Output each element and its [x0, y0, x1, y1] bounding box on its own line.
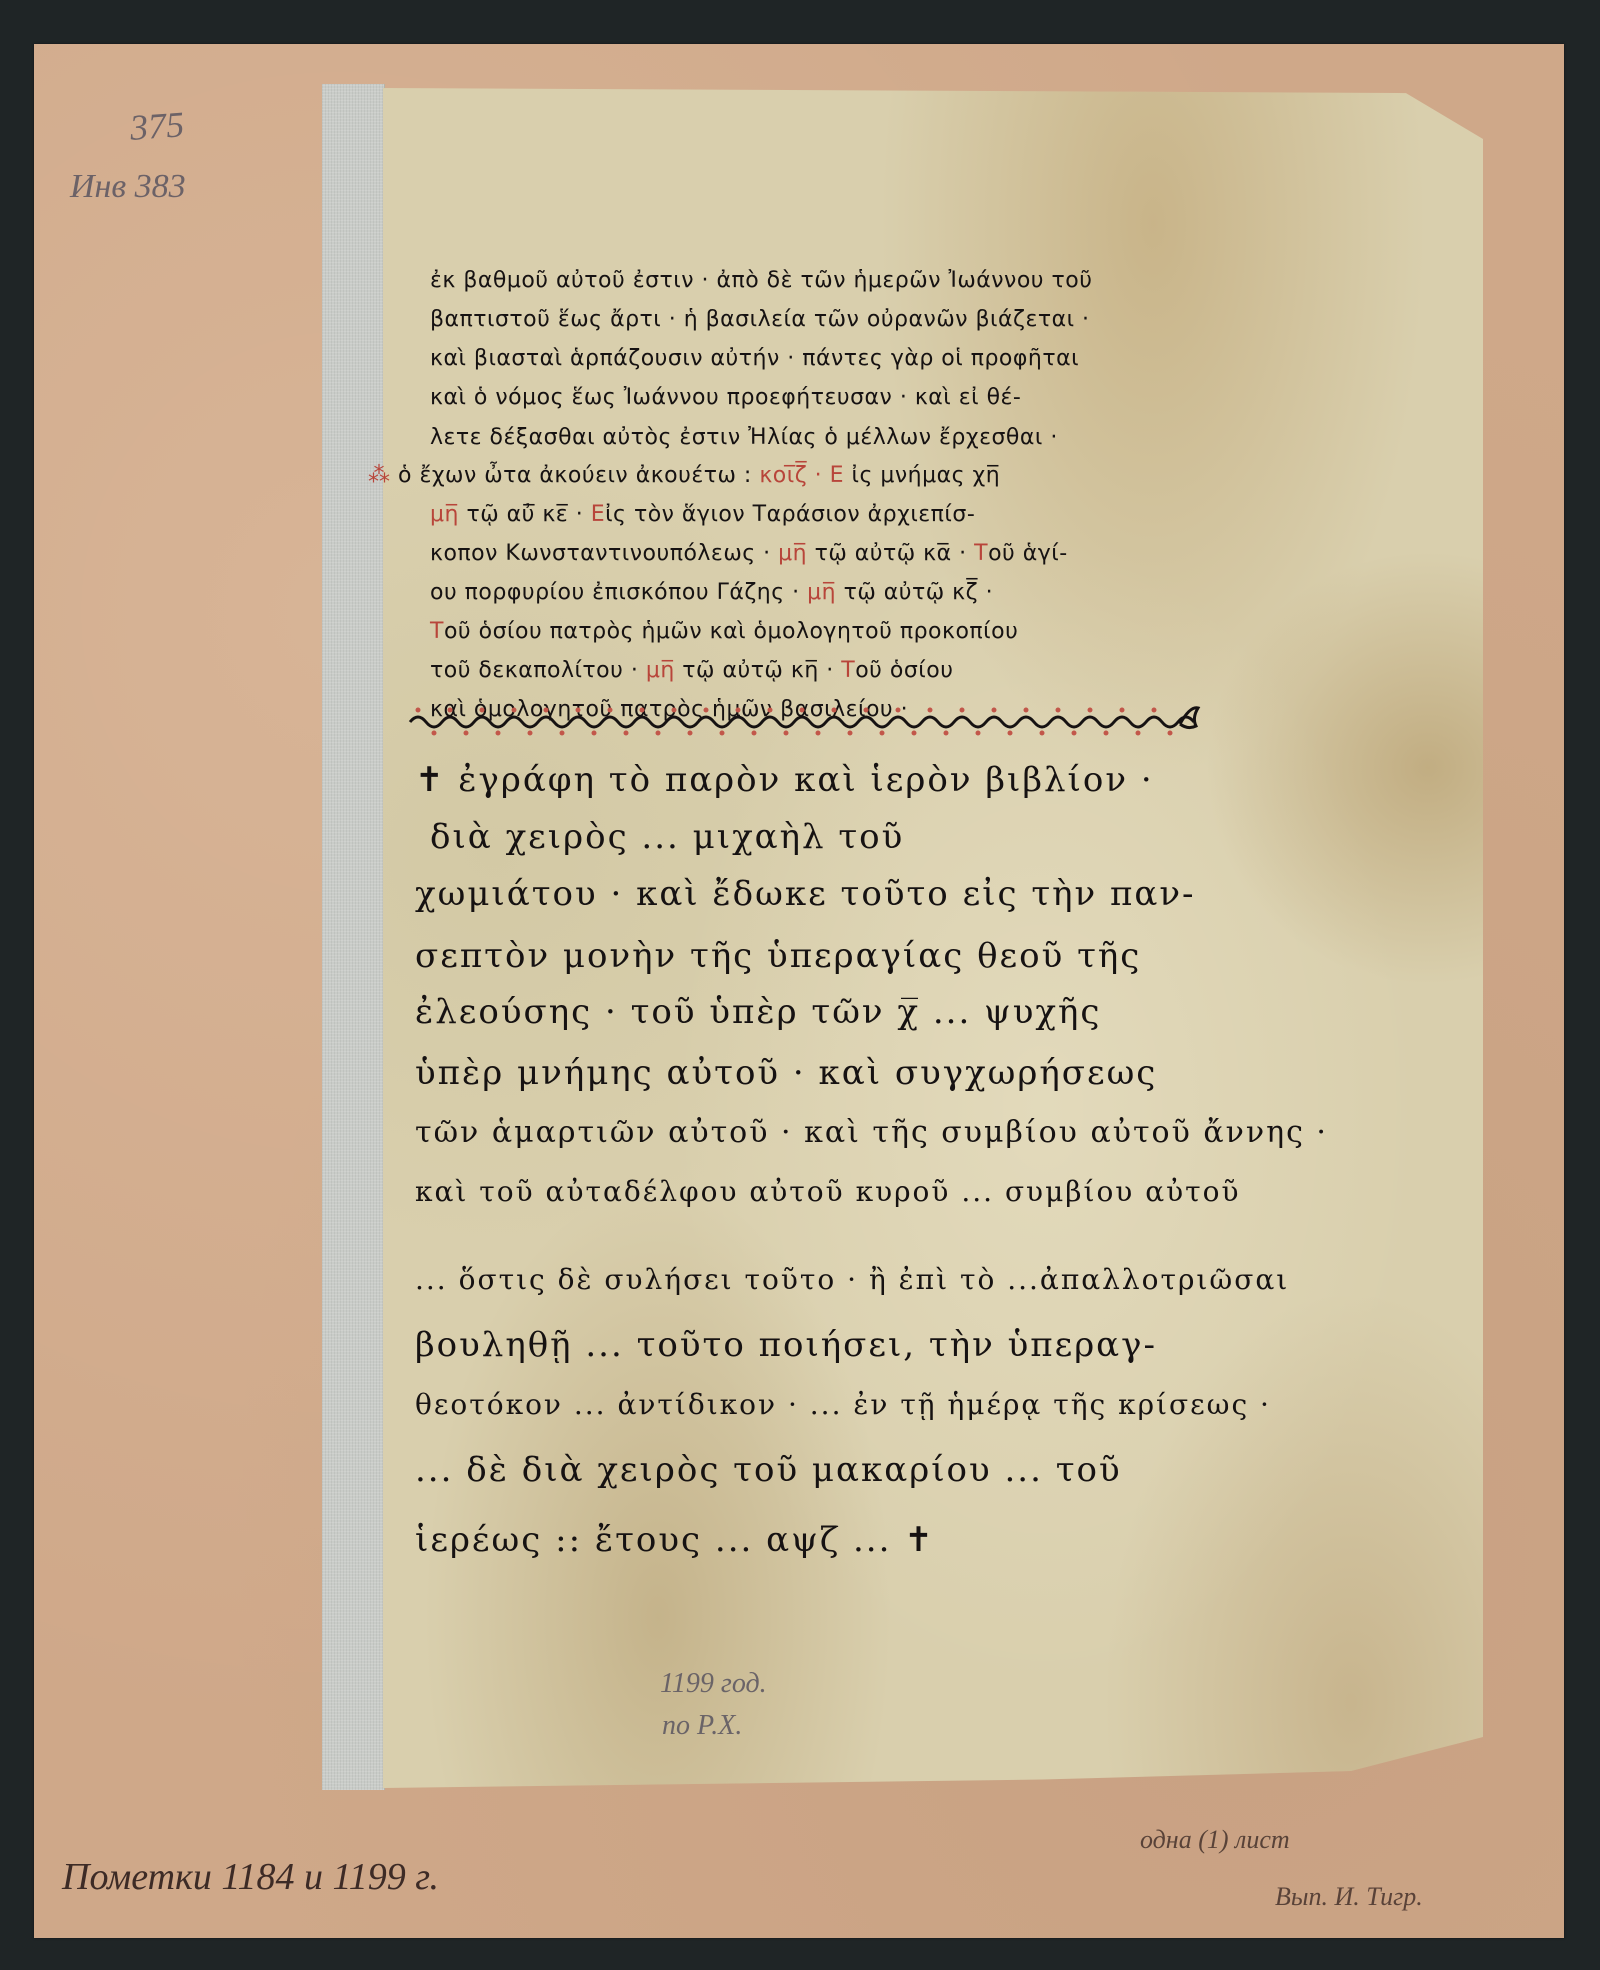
text-segment: τοῦ δεκαπολίτου ·	[430, 658, 638, 683]
text-line: καὶ ὁ νόμος ἕως Ἰωάννου προεφήτευσαν · κ…	[430, 385, 1021, 410]
rubric-segment: μη̅	[778, 541, 807, 566]
shelfmark-number: 375	[129, 103, 186, 149]
text-line-rubric: ⁂ ὁ ἔχων ὦτα ἀκούειν ἀκουέτω : κοι̅ζ̅ · …	[368, 463, 1000, 488]
text-segment: τῷ αὐτῷ κζ̅ ·	[844, 580, 993, 605]
date-annotation-year: 1199 год.	[660, 1668, 767, 1700]
inventory-number: Инв 383	[70, 168, 186, 206]
colophon-line: ✝ ἐγράφη τὸ παρὸν καὶ ἱερὸν βιβλίον ·	[415, 760, 1154, 800]
colophon-line: ἱερέως :: ἔτους ... αψζ̅ ... ✝	[415, 1520, 935, 1560]
red-ornament-mark: ⁂	[368, 463, 398, 488]
colophon-line: ... ὅστις δὲ συλήσει τοῦτο · ἢ ἐπὶ τὸ ..…	[415, 1263, 1289, 1296]
rubric-segment: μη̅	[646, 658, 675, 683]
text-line: βαπτιστοῦ ἕως ἄρτι · ἡ βασιλεία τῶν οὐρα…	[430, 307, 1090, 332]
colophon-line: καὶ τοῦ αὐταδέλφου αὐτοῦ κυροῦ ... συμβί…	[415, 1175, 1241, 1208]
text-line-rubric: τοῦ δεκαπολίτου · μη̅ τῷ αὐτῷ κη̅ · Τοῦ …	[430, 658, 953, 683]
rubric-segment: μη̅	[807, 580, 836, 605]
text-line: ἐκ βαθμοῦ αὐτοῦ ἐστιν · ἀπὸ δὲ τῶν ἡμερῶ…	[430, 268, 1092, 293]
text-segment: ἰς μνήμας χη̅	[852, 463, 1001, 488]
text-segment: ὁ ἔχων ὦτα ἀκούειν ἀκουέτω :	[398, 463, 752, 488]
mount-caption: Пометки 1184 и 1199 г.	[62, 1855, 439, 1899]
text-segment: ου πορφυρίου ἐπισκόπου Γάζης ·	[430, 580, 800, 605]
rubric-segment: Τ	[974, 541, 988, 566]
text-segment: ἰς τὸν ἅγιον Ταράσιον ἀρχιεπίσ-	[605, 502, 975, 527]
text-line-rubric: Τοῦ ὁσίου πατρὸς ἡμῶν καὶ ὁμολογητοῦ προ…	[430, 619, 1018, 644]
text-segment: οῦ ἁγί-	[988, 541, 1068, 566]
mount-note-signature: Вып. И. Тигр.	[1275, 1882, 1423, 1912]
text-line-rubric: ου πορφυρίου ἐπισκόπου Γάζης · μη̅ τῷ αὐ…	[430, 580, 993, 605]
text-segment: κοπον Κωνσταντινουπόλεως ·	[430, 541, 771, 566]
colophon-line: βουληθῇ ... τοῦτο ποιήσει, τὴν ὑπεραγ-	[415, 1325, 1157, 1365]
date-annotation-era: по Р.Х.	[662, 1710, 742, 1742]
rubric-segment: Ε	[591, 502, 605, 527]
colophon-line: τῶν ἁμαρτιῶν αὐτοῦ · καὶ τῆς συμβίου αὐτ…	[415, 1115, 1328, 1150]
colophon-line: σεπτὸν μονὴν τῆς ὑπεραγίας θεοῦ τῆς	[415, 936, 1141, 976]
text-segment: τῷ αὐτῷ κη̅ ·	[682, 658, 833, 683]
colophon-line: θεοτόκον ... ἀντίδικον · ... ἐν τῇ ἡμέρᾳ…	[415, 1388, 1271, 1421]
colophon-line: διὰ χειρὸς ... μιχαὴλ τοῦ	[430, 817, 904, 857]
text-line-rubric: κοπον Κωνσταντινουπόλεως · μη̅ τῷ αὐτῷ κ…	[430, 541, 1068, 566]
colophon-line: ὑπὲρ μνήμης αὐτοῦ · καὶ συγχωρήσεως	[415, 1053, 1157, 1093]
text-segment: τῷ αὐτῷ κα̅ ·	[815, 541, 967, 566]
text-segment: τῷ αὐ̅ κε̅ ·	[466, 502, 583, 527]
mount-note-count: одна (1) лист	[1140, 1825, 1290, 1855]
colophon-line: ... δὲ διὰ χειρὸς τοῦ μακαρίου ... τοῦ	[415, 1450, 1122, 1490]
text-line: λετε δέξασθαι αὐτὸς ἐστιν Ἠλίας ὁ μέλλων…	[430, 425, 1058, 450]
rubric-segment: Τ	[841, 658, 855, 683]
colophon-line: ἐλεούσης · τοῦ ὑπὲρ τῶν χ̅ ... ψυχῆς	[415, 992, 1101, 1032]
fabric-hinge-strip	[322, 84, 385, 1790]
text-segment: οῦ ὁσίου	[855, 658, 953, 683]
text-line: καὶ βιασταὶ ἁρπάζουσιν αὐτήν · πάντες γὰ…	[430, 346, 1079, 371]
colophon-line: χωμιάτου · καὶ ἔδωκε τοῦτο εἰς τὴν παν-	[415, 874, 1196, 914]
rubric-segment: μη̅	[430, 502, 459, 527]
rubric-segment: Τ	[430, 619, 444, 644]
text-segment: οῦ ὁσίου πατρὸς ἡμῶν καὶ ὁμολογητοῦ προκ…	[444, 619, 1018, 644]
rubric-segment: κοι̅ζ̅ · Ε	[759, 463, 844, 488]
decorative-wave-ornament	[405, 700, 1210, 740]
text-line-rubric: μη̅ τῷ αὐ̅ κε̅ · Εἰς τὸν ἅγιον Ταράσιον …	[430, 502, 975, 527]
